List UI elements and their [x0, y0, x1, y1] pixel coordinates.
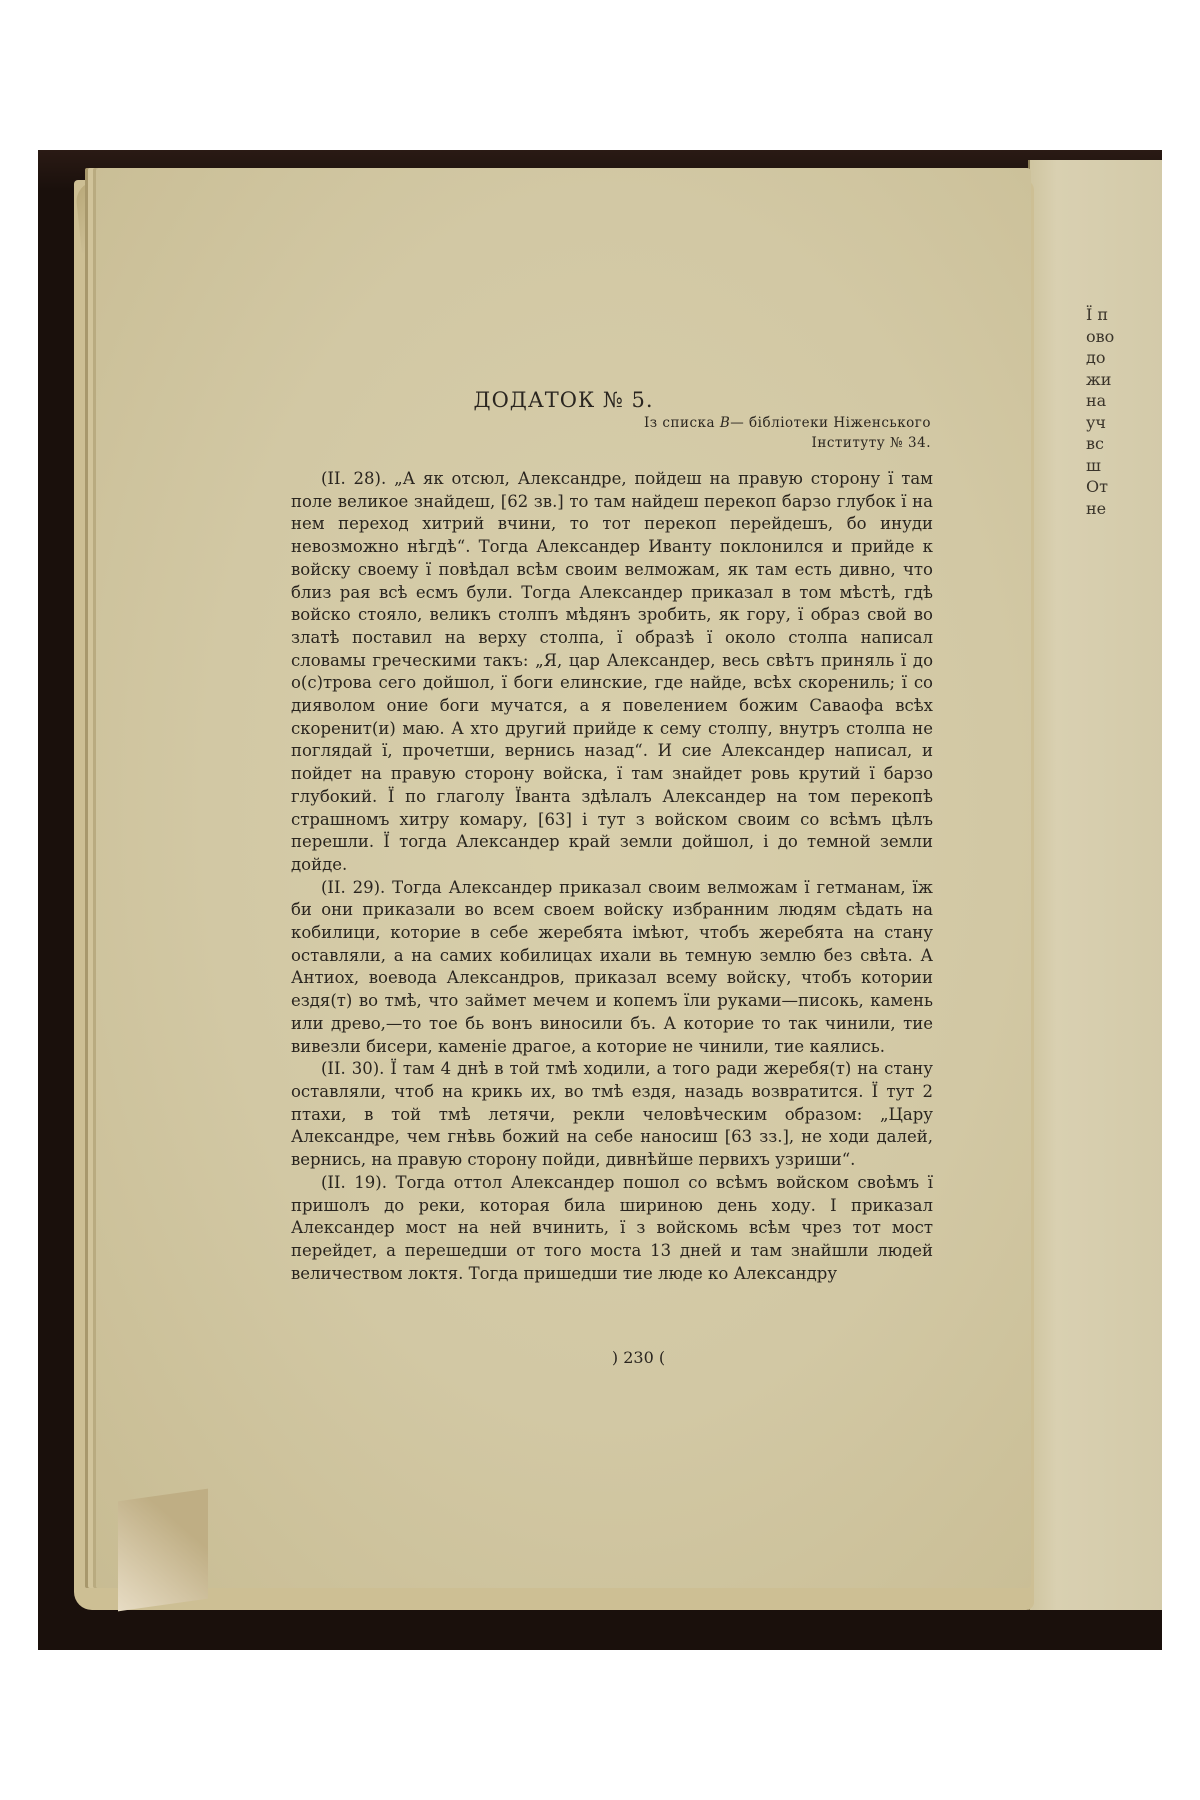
paragraph: (II. 30). Ї там 4 днѣ в той тмѣ ходили, … [291, 1058, 933, 1172]
paragraph: (II. 19). Тогда оттол Александер пошол с… [291, 1172, 933, 1286]
facing-page-text-fragments: Ї п ово до жи на уч вс ш От не [1086, 304, 1114, 519]
source-rest: — бібліотеки Ніженського Інституту № 34. [730, 415, 931, 451]
facing-page: Ї п ово до жи на уч вс ш От не [1028, 160, 1162, 1610]
paragraph: (II. 29). Тогда Александер приказал свои… [291, 877, 933, 1059]
page-heading: ДОДАТОК № 5. [96, 388, 1031, 412]
source-siglum: B [720, 415, 730, 431]
book-page: ДОДАТОК № 5. Із списка B— бібліотеки Ніж… [96, 168, 1031, 1588]
torn-corner-bottom-left [118, 1489, 208, 1612]
book-photo: Ї п ово до жи на уч вс ш От не ДОДАТОК №… [38, 150, 1162, 1650]
page-number: ) 230 ( [96, 1348, 1031, 1367]
body-text: (II. 28). „А як отсюл, Александре, пойде… [291, 468, 933, 1285]
paragraph: (II. 28). „А як отсюл, Александре, пойде… [291, 468, 933, 877]
source-note: Із списка B— бібліотеки Ніженського Інст… [601, 413, 931, 453]
source-prefix: Із списка [644, 415, 715, 431]
